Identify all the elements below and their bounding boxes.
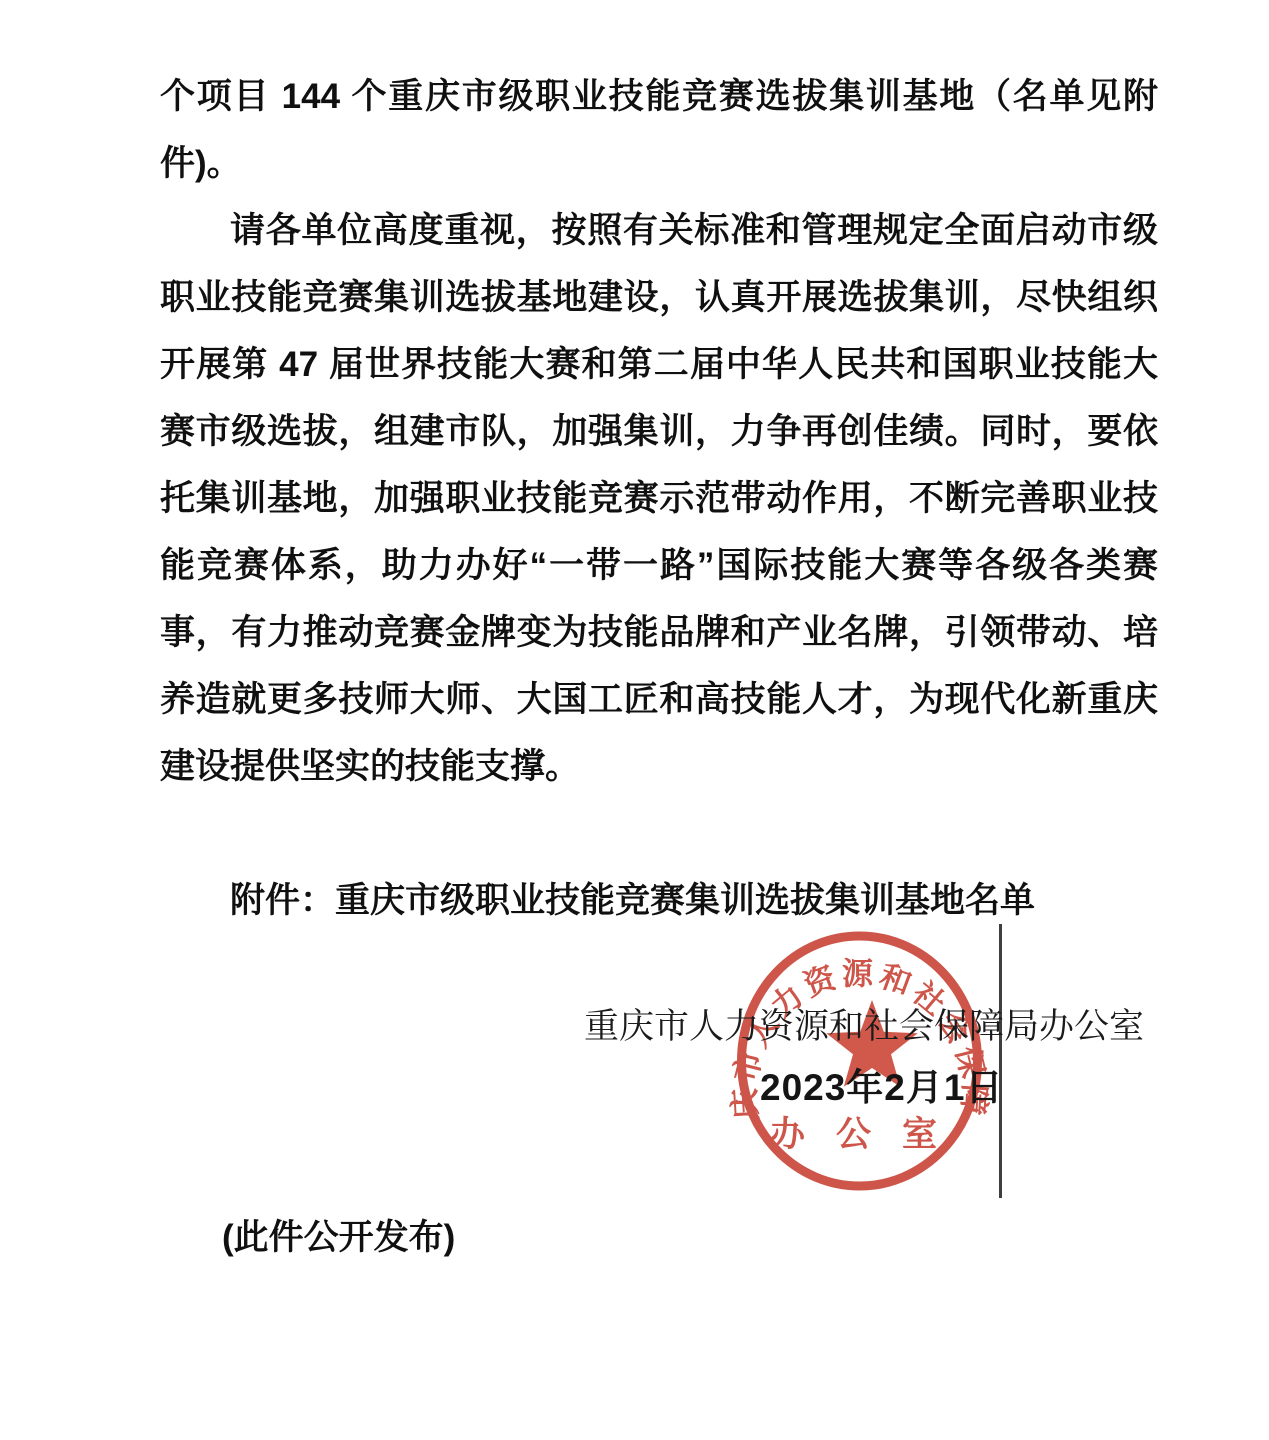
page-fold-line — [999, 924, 1002, 1198]
issuing-office-signature: 重庆市人力资源和社会保障局办公室 — [584, 1006, 1144, 1048]
body-line: 事，有力推动竞赛金牌变为技能品牌和产业名牌，引领带动、培 — [160, 599, 1158, 666]
body-line: 建设提供坚实的技能支撑。 — [160, 733, 1158, 800]
body-line: 职业技能竞赛集训选拔基地建设，认真开展选拔集训，尽快组织 — [160, 264, 1158, 331]
document-page: 个项目 144 个重庆市级职业技能竞赛选拔集训基地（名单见附 件)。 请各单位高… — [0, 0, 1269, 1440]
official-seal: 重庆市人力资源和社会保障局 办公室 — [727, 925, 992, 1197]
body-line: 养造就更多技师大师、大国工匠和高技能人才，为现代化新重庆 — [160, 666, 1158, 733]
body-line: 开展第 47 届世界技能大赛和第二届中华人民共和国职业技能大 — [160, 331, 1158, 398]
body-line: 件)。 — [160, 130, 1158, 197]
attachment-line: 附件：重庆市级职业技能竞赛集训选拔集训基地名单 — [160, 867, 1158, 934]
body-line: 托集训基地，加强职业技能竞赛示范带动作用，不断完善职业技 — [160, 465, 1158, 532]
document-body: 个项目 144 个重庆市级职业技能竞赛选拔集训基地（名单见附 件)。 请各单位高… — [160, 63, 1158, 934]
body-line: 个项目 144 个重庆市级职业技能竞赛选拔集训基地（名单见附 — [160, 63, 1158, 130]
body-line: 赛市级选拔，组建市队，加强集训，力争再创佳绩。同时，要依 — [160, 398, 1158, 465]
body-line: 能竞赛体系，助力办好“一带一路”国际技能大赛等各级各类赛 — [160, 532, 1158, 599]
issue-date: 2023年2月1日 — [760, 1066, 1003, 1110]
body-line: 请各单位高度重视，按照有关标准和管理规定全面启动市级 — [160, 197, 1158, 264]
public-release-note: (此件公开发布) — [222, 1214, 455, 1262]
blank-line — [160, 800, 1158, 867]
seal-bottom-text: 办公室 — [770, 1115, 968, 1154]
